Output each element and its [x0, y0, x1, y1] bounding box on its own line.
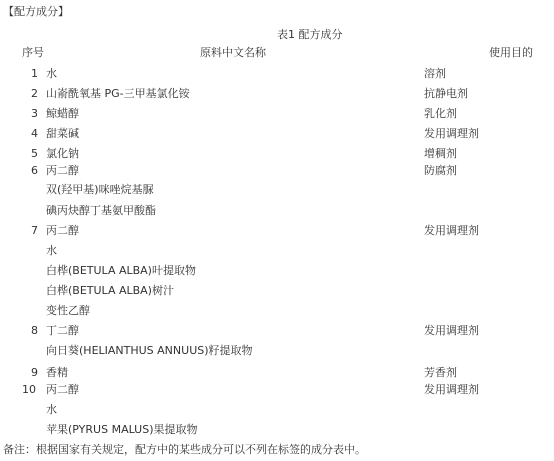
ingredient-name: 丙二醇: [46, 383, 79, 397]
ingredient-purpose: 芳香剂: [424, 366, 457, 380]
ingredient-name: 碘丙炔醇丁基氨甲酸酯: [46, 204, 156, 218]
ingredient-name: 甜菜碱: [46, 127, 79, 141]
header-purpose: 使用目的: [489, 46, 533, 60]
section-title: 【配方成分】: [3, 5, 69, 19]
ingredient-name: 水: [46, 67, 57, 81]
row-number: 10: [16, 383, 36, 397]
ingredient-name: 向日葵(HELIANTHUS ANNUUS)籽提取物: [46, 344, 253, 358]
table-caption: 表1 配方成分: [277, 28, 343, 42]
ingredient-purpose: 发用调理剂: [424, 383, 479, 397]
ingredient-name: 白桦(BETULA ALBA)叶提取物: [46, 264, 196, 278]
ingredient-name: 水: [46, 403, 57, 417]
ingredient-name: 白桦(BETULA ALBA)树汁: [46, 284, 174, 298]
ingredient-name: 变性乙醇: [46, 304, 90, 318]
header-ingredient-name: 原料中文名称: [200, 46, 266, 60]
ingredient-name: 双(羟甲基)咪唑烷基脲: [46, 183, 154, 197]
ingredient-name: 氯化钠: [46, 147, 79, 161]
ingredient-purpose: 增稠剂: [424, 147, 457, 161]
row-number: 7: [18, 224, 38, 238]
header-number: 序号: [22, 46, 44, 60]
row-number: 2: [18, 87, 38, 101]
ingredient-name: 水: [46, 244, 57, 258]
ingredient-name: 鲸蜡醇: [46, 107, 79, 121]
row-number: 5: [18, 147, 38, 161]
row-number: 6: [18, 164, 38, 178]
ingredient-purpose: 发用调理剂: [424, 224, 479, 238]
ingredient-name: 山嵛酰氧基 PG-三甲基氯化铵: [46, 87, 190, 101]
ingredient-name: 苹果(PYRUS MALUS)果提取物: [46, 423, 198, 437]
ingredient-name: 丙二醇: [46, 164, 79, 178]
ingredient-purpose: 防腐剂: [424, 164, 457, 178]
ingredient-purpose: 溶剂: [424, 67, 446, 81]
ingredient-name: 丙二醇: [46, 224, 79, 238]
ingredient-name: 丁二醇: [46, 324, 79, 338]
row-number: 9: [18, 366, 38, 380]
ingredient-purpose: 乳化剂: [424, 107, 457, 121]
row-number: 4: [18, 127, 38, 141]
ingredient-name: 香精: [46, 366, 68, 380]
row-number: 1: [18, 67, 38, 81]
footnote: 备注：根据国家有关规定，配方中的某些成分可以不列在标签的成分表中。: [3, 443, 366, 457]
ingredient-purpose: 发用调理剂: [424, 127, 479, 141]
row-number: 8: [18, 324, 38, 338]
ingredient-purpose: 发用调理剂: [424, 324, 479, 338]
ingredient-purpose: 抗静电剂: [424, 87, 468, 101]
row-number: 3: [18, 107, 38, 121]
